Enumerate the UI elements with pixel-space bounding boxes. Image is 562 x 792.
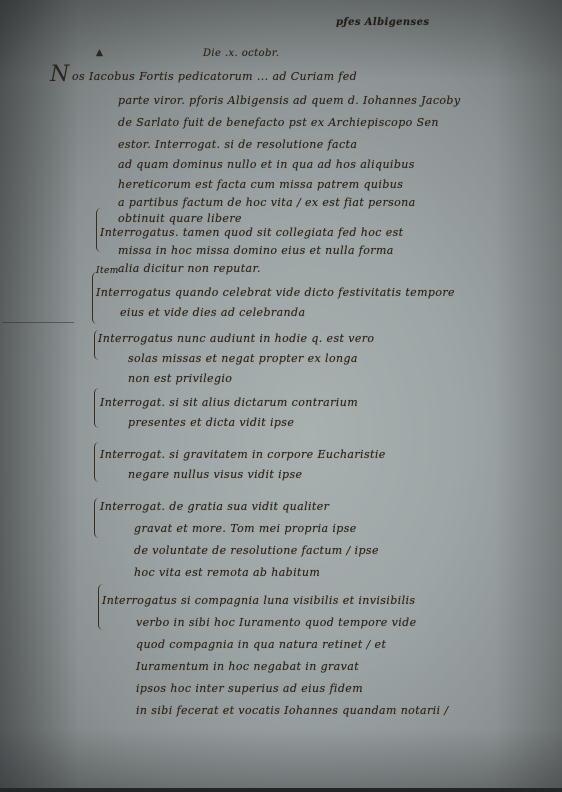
text-line: gravat et more. Tom mei propria ipse	[134, 522, 357, 535]
page-heading-date: Die .x. octobr.	[203, 48, 279, 59]
text-line: a partibus factum de hoc vita / ex est f…	[118, 196, 416, 209]
manuscript-page: pƒes Albigenses Die .x. octobr. ▲ N os I…	[0, 0, 562, 792]
text-line: eius et vide dies ad celebranda	[120, 306, 305, 319]
paragraph-bracket	[94, 498, 99, 538]
text-line: quod compagnia in qua natura retinet / e…	[136, 638, 386, 651]
text-line: hoc vita est remota ab habitum	[134, 566, 320, 579]
text-line: in sibi fecerat et vocatis Iohannes quan…	[136, 704, 448, 717]
text-line: Interrogatus quando celebrat vide dicto …	[96, 286, 455, 299]
text-line: hereticorum est facta cum missa patrem q…	[118, 178, 403, 191]
text-line: parte viror. pforis Albigensis ad quem d…	[118, 94, 461, 107]
text-line: ipsos hoc inter superius ad eius fidem	[136, 682, 363, 695]
text-line: negare nullus visus vidit ipse	[128, 468, 302, 481]
text-line: non est privilegio	[128, 372, 232, 385]
paragraph-mark: ▲	[96, 48, 103, 58]
scan-bottom-edge	[0, 788, 562, 792]
text-line: de voluntate de resolutione factum / ips…	[134, 544, 379, 557]
text-line: ad quam dominus nullo et in qua ad hos a…	[118, 158, 415, 171]
text-line: estor. Interrogat. si de resolutione fac…	[118, 138, 357, 151]
text-line: missa in hoc missa domino eius et nulla …	[118, 244, 394, 257]
decorated-initial: N	[50, 62, 69, 87]
text-line: Interrogat. si sit alius dictarum contra…	[100, 396, 358, 409]
text-line: Interrogat. de gratia sua vidit qualiter	[100, 500, 329, 513]
text-line: Iuramentum in hoc negabat in gravat	[136, 660, 359, 673]
text-line: Item	[96, 266, 119, 276]
text-line: solas missas et negat propter ex longa	[128, 352, 358, 365]
text-line: os Iacobus Fortis pedicatorum ... ad Cur…	[72, 70, 357, 83]
marginal-note-top: pƒes Albigenses	[336, 17, 429, 28]
paragraph-bracket	[94, 442, 99, 482]
text-line: Interrogatus. tamen quod sit collegiata …	[100, 226, 404, 239]
text-line: Interrogatus si compagnia luna visibilis…	[102, 594, 415, 607]
text-line: alia dicitur non reputar.	[118, 262, 261, 275]
paragraph-bracket	[98, 584, 103, 630]
text-line: Interrogat. si gravitatem in corpore Euc…	[100, 448, 386, 461]
text-line: obtinuit quare libere	[118, 212, 242, 225]
paragraph-bracket	[94, 388, 99, 428]
text-line: Interrogatus nunc audiunt in hodie q. es…	[98, 332, 374, 345]
left-margin-mark	[2, 322, 74, 323]
text-line: verbo in sibi hoc Iuramento quod tempore…	[136, 616, 417, 629]
text-line: presentes et dicta vidit ipse	[128, 416, 294, 429]
text-line: de Sarlato fuit de benefacto pst ex Arch…	[118, 116, 439, 129]
